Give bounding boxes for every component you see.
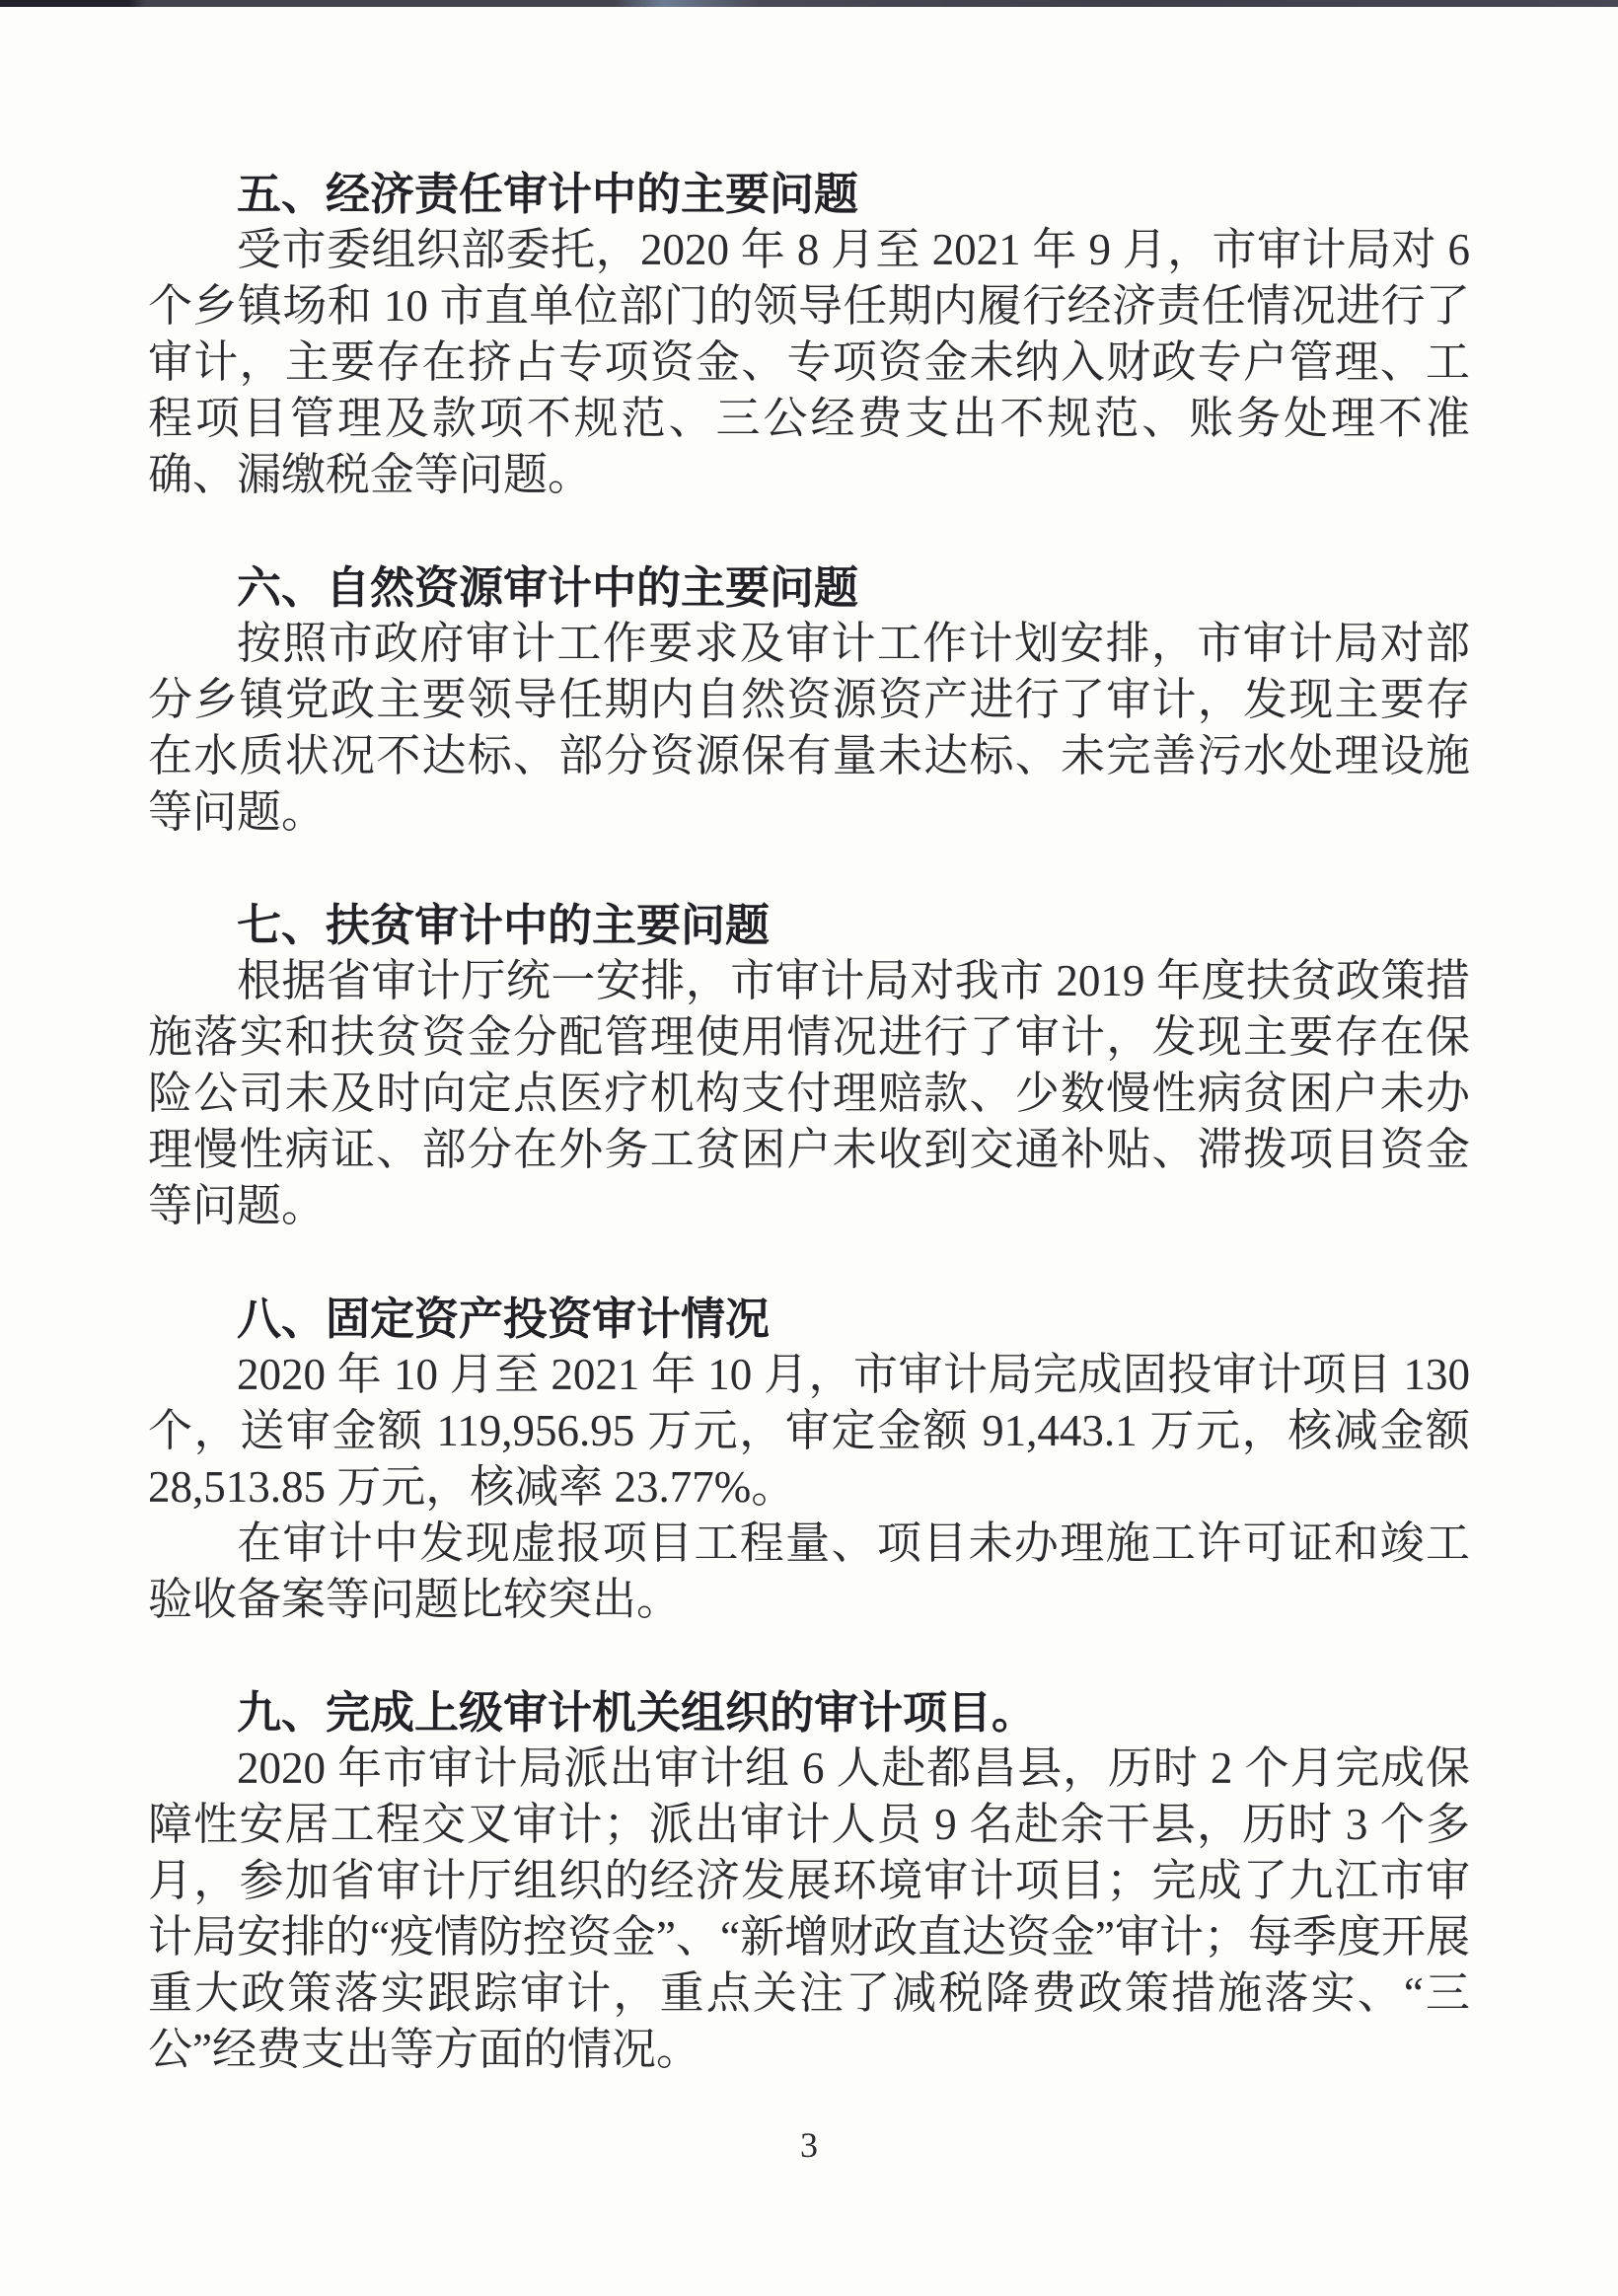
section-heading: 八、固定资产投资审计情况 <box>148 1291 1470 1347</box>
paragraph: 2020 年 10 月至 2021 年 10 月，市审计局完成固投审计项目 13… <box>148 1347 1470 1516</box>
paragraph: 根据省审计厅统一安排，市审计局对我市 2019 年度扶贫政策措施落实和扶贫资金分… <box>148 953 1470 1234</box>
section-fixed-asset-investment-audit: 八、固定资产投资审计情况 2020 年 10 月至 2021 年 10 月，市审… <box>148 1291 1470 1628</box>
scan-edge-artifact <box>0 0 1618 7</box>
section-poverty-alleviation-audit: 七、扶贫审计中的主要问题 根据省审计厅统一安排，市审计局对我市 2019 年度扶… <box>148 897 1470 1234</box>
page-footer: 3 <box>0 2123 1618 2167</box>
paragraph: 受市委组织部委托，2020 年 8 月至 2021 年 9 月，市审计局对 6 … <box>148 222 1470 503</box>
section-economic-responsibility-audit: 五、经济责任审计中的主要问题 受市委组织部委托，2020 年 8 月至 2021… <box>148 166 1470 503</box>
section-heading: 五、经济责任审计中的主要问题 <box>148 166 1470 222</box>
section-superior-audit-projects: 九、完成上级审计机关组织的审计项目。 2020 年市审计局派出审计组 6 人赴都… <box>148 1684 1470 2078</box>
section-heading: 七、扶贫审计中的主要问题 <box>148 897 1470 953</box>
document-page: 五、经济责任审计中的主要问题 受市委组织部委托，2020 年 8 月至 2021… <box>0 0 1618 2296</box>
document-body: 五、经济责任审计中的主要问题 受市委组织部委托，2020 年 8 月至 2021… <box>148 166 1470 2078</box>
section-heading: 九、完成上级审计机关组织的审计项目。 <box>148 1684 1470 1741</box>
paragraph: 按照市政府审计工作要求及审计工作计划安排，市审计局对部分乡镇党政主要领导任期内自… <box>148 616 1470 841</box>
paragraph: 在审计中发现虚报项目工程量、项目未办理施工许可证和竣工验收备案等问题比较突出。 <box>148 1516 1470 1628</box>
section-natural-resources-audit: 六、自然资源审计中的主要问题 按照市政府审计工作要求及审计工作计划安排，市审计局… <box>148 559 1470 841</box>
section-heading: 六、自然资源审计中的主要问题 <box>148 559 1470 616</box>
page-number: 3 <box>800 2125 818 2165</box>
paragraph: 2020 年市审计局派出审计组 6 人赴都昌县，历时 2 个月完成保障性安居工程… <box>148 1741 1470 2078</box>
